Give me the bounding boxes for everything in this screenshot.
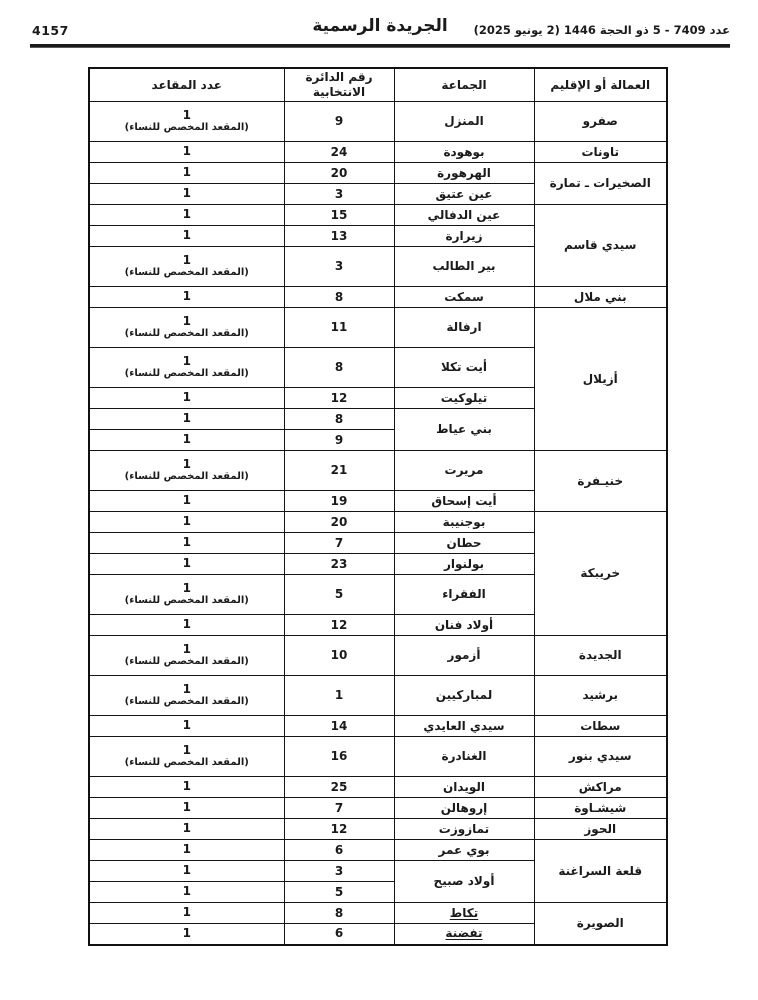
district-number-cell: 20 — [284, 512, 394, 533]
seats-value: 1 — [93, 864, 281, 877]
table-row: قلعة السراغنةبوي عمر61 — [89, 840, 667, 861]
table-row: الصويرةتكاط81 — [89, 903, 667, 924]
commune-cell: زيرارة — [394, 226, 534, 247]
seats-cell: 1 — [89, 819, 284, 840]
commune-cell: الهرهورة — [394, 163, 534, 184]
women-seat-note: (المقعد المخصص للنساء) — [93, 595, 281, 607]
seats-cell: 1 — [89, 903, 284, 924]
seats-value: 1 — [93, 643, 281, 656]
seats-value: 1 — [93, 618, 281, 631]
table-row: برشيدلمباركيين11(المقعد المخصص للنساء) — [89, 676, 667, 716]
seats-cell: 1 — [89, 840, 284, 861]
seats-cell: 1(المقعد المخصص للنساء) — [89, 737, 284, 777]
province-cell: بني ملال — [534, 287, 667, 308]
seats-value: 1 — [93, 109, 281, 122]
district-number-cell: 9 — [284, 430, 394, 451]
commune-cell: أيت تكلا — [394, 348, 534, 388]
province-cell: الجديدة — [534, 636, 667, 676]
district-number-cell: 16 — [284, 737, 394, 777]
district-number-cell: 24 — [284, 142, 394, 163]
district-number-cell: 6 — [284, 840, 394, 861]
table-row: خنيـفرةمريرت211(المقعد المخصص للنساء) — [89, 451, 667, 491]
women-seat-note: (المقعد المخصص للنساء) — [93, 757, 281, 769]
district-number-cell: 14 — [284, 716, 394, 737]
seats-value: 1 — [93, 582, 281, 595]
seats-value: 1 — [93, 355, 281, 368]
seats-cell: 1 — [89, 554, 284, 575]
table-row: سطاتسيدي العايدي141 — [89, 716, 667, 737]
commune-cell: بني عياط — [394, 409, 534, 451]
province-cell: أزيلال — [534, 308, 667, 451]
commune-cell: تفضنة — [394, 924, 534, 945]
seats-cell: 1 — [89, 615, 284, 636]
commune-cell: عين عتيق — [394, 184, 534, 205]
seats-cell: 1 — [89, 798, 284, 819]
seats-value: 1 — [93, 801, 281, 814]
seats-value: 1 — [93, 315, 281, 328]
seats-value: 1 — [93, 843, 281, 856]
commune-cell: سيدي العايدي — [394, 716, 534, 737]
seats-cell: 1 — [89, 163, 284, 184]
province-cell: خريبكة — [534, 512, 667, 636]
table-row: مراكشالويدان251 — [89, 777, 667, 798]
district-number-cell: 6 — [284, 924, 394, 945]
seats-cell: 1 — [89, 491, 284, 512]
table-row: صفروالمنزل91(المقعد المخصص للنساء) — [89, 102, 667, 142]
seats-cell: 1 — [89, 924, 284, 945]
col-header-commune: الجماعة — [394, 68, 534, 102]
header-rule — [30, 44, 730, 48]
seats-value: 1 — [93, 515, 281, 528]
col-header-seats: عدد المقاعد — [89, 68, 284, 102]
district-number-cell: 21 — [284, 451, 394, 491]
table-row: الحوزتمازوزت121 — [89, 819, 667, 840]
seats-cell: 1 — [89, 388, 284, 409]
seats-cell: 1 — [89, 716, 284, 737]
district-number-cell: 12 — [284, 615, 394, 636]
table-header-row: العمالة أو الإقليم الجماعة رقم الدائرة ا… — [89, 68, 667, 102]
seats-cell: 1 — [89, 861, 284, 882]
district-number-cell: 3 — [284, 247, 394, 287]
seats-value: 1 — [93, 187, 281, 200]
commune-cell: بوجنيبة — [394, 512, 534, 533]
seats-value: 1 — [93, 683, 281, 696]
province-cell: خنيـفرة — [534, 451, 667, 512]
province-cell: الصويرة — [534, 903, 667, 945]
seats-value: 1 — [93, 780, 281, 793]
seats-value: 1 — [93, 208, 281, 221]
commune-cell: الويدان — [394, 777, 534, 798]
province-cell: الصخيرات ـ تمارة — [534, 163, 667, 205]
women-seat-note: (المقعد المخصص للنساء) — [93, 696, 281, 708]
seats-cell: 1 — [89, 142, 284, 163]
seats-cell: 1 — [89, 287, 284, 308]
commune-cell: أيت إسحاق — [394, 491, 534, 512]
table-row: الصخيرات ـ تمارةالهرهورة201 — [89, 163, 667, 184]
women-seat-note: (المقعد المخصص للنساء) — [93, 122, 281, 134]
table-row: الجديدةأزمور101(المقعد المخصص للنساء) — [89, 636, 667, 676]
women-seat-note: (المقعد المخصص للنساء) — [93, 328, 281, 340]
commune-cell: الفقراء — [394, 575, 534, 615]
district-number-cell: 8 — [284, 409, 394, 430]
seats-value: 1 — [93, 557, 281, 570]
seats-value: 1 — [93, 536, 281, 549]
district-number-cell: 10 — [284, 636, 394, 676]
commune-cell: بير الطالب — [394, 247, 534, 287]
seats-value: 1 — [93, 458, 281, 471]
district-number-cell: 7 — [284, 533, 394, 554]
electoral-districts-table: العمالة أو الإقليم الجماعة رقم الدائرة ا… — [88, 67, 668, 946]
seats-value: 1 — [93, 744, 281, 757]
seats-cell: 1(المقعد المخصص للنساء) — [89, 451, 284, 491]
seats-value: 1 — [93, 433, 281, 446]
seats-cell: 1(المقعد المخصص للنساء) — [89, 636, 284, 676]
commune-cell: عين الدفالي — [394, 205, 534, 226]
district-number-cell: 8 — [284, 903, 394, 924]
province-cell: سيدي بنور — [534, 737, 667, 777]
commune-cell: تيلوكيت — [394, 388, 534, 409]
province-cell: برشيد — [534, 676, 667, 716]
seats-cell: 1 — [89, 512, 284, 533]
women-seat-note: (المقعد المخصص للنساء) — [93, 267, 281, 279]
commune-cell: بوهودة — [394, 142, 534, 163]
district-number-cell: 20 — [284, 163, 394, 184]
province-cell: تاونات — [534, 142, 667, 163]
seats-value: 1 — [93, 822, 281, 835]
commune-cell: أولاد فنان — [394, 615, 534, 636]
district-number-cell: 11 — [284, 308, 394, 348]
table-row: شيشـاوةإروهالن71 — [89, 798, 667, 819]
seats-value: 1 — [93, 927, 281, 940]
table-row: تاوناتبوهودة241 — [89, 142, 667, 163]
table-row: سيدي بنورالغنادرة161(المقعد المخصص للنسا… — [89, 737, 667, 777]
province-cell: شيشـاوة — [534, 798, 667, 819]
seats-value: 1 — [93, 229, 281, 242]
district-number-cell: 9 — [284, 102, 394, 142]
seats-value: 1 — [93, 391, 281, 404]
district-number-cell: 25 — [284, 777, 394, 798]
women-seat-note: (المقعد المخصص للنساء) — [93, 656, 281, 668]
seats-value: 1 — [93, 906, 281, 919]
seats-value: 1 — [93, 254, 281, 267]
district-number-cell: 3 — [284, 861, 394, 882]
table-row: أزيلالارفالة111(المقعد المخصص للنساء) — [89, 308, 667, 348]
commune-cell: تمازوزت — [394, 819, 534, 840]
table-row: سيدي قاسمعين الدفالي151 — [89, 205, 667, 226]
province-cell: سطات — [534, 716, 667, 737]
district-number-cell: 5 — [284, 882, 394, 903]
seats-cell: 1(المقعد المخصص للنساء) — [89, 102, 284, 142]
district-number-cell: 13 — [284, 226, 394, 247]
commune-cell: بوي عمر — [394, 840, 534, 861]
commune-cell: مريرت — [394, 451, 534, 491]
col-header-district: رقم الدائرة الانتخابية — [284, 68, 394, 102]
commune-cell: لمباركيين — [394, 676, 534, 716]
district-number-cell: 7 — [284, 798, 394, 819]
commune-cell: إروهالن — [394, 798, 534, 819]
seats-value: 1 — [93, 145, 281, 158]
seats-cell: 1(المقعد المخصص للنساء) — [89, 247, 284, 287]
province-cell: قلعة السراغنة — [534, 840, 667, 903]
commune-cell: بولنوار — [394, 554, 534, 575]
province-cell: سيدي قاسم — [534, 205, 667, 287]
district-number-cell: 8 — [284, 287, 394, 308]
table-row: خريبكةبوجنيبة201 — [89, 512, 667, 533]
seats-cell: 1(المقعد المخصص للنساء) — [89, 575, 284, 615]
seats-cell: 1 — [89, 205, 284, 226]
district-number-cell: 23 — [284, 554, 394, 575]
district-number-cell: 3 — [284, 184, 394, 205]
commune-cell: حطان — [394, 533, 534, 554]
commune-cell: أزمور — [394, 636, 534, 676]
women-seat-note: (المقعد المخصص للنساء) — [93, 368, 281, 380]
province-cell: مراكش — [534, 777, 667, 798]
district-number-cell: 5 — [284, 575, 394, 615]
commune-cell: ارفالة — [394, 308, 534, 348]
seats-value: 1 — [93, 719, 281, 732]
seats-cell: 1(المقعد المخصص للنساء) — [89, 348, 284, 388]
seats-cell: 1 — [89, 226, 284, 247]
district-number-cell: 19 — [284, 491, 394, 512]
seats-value: 1 — [93, 290, 281, 303]
seats-value: 1 — [93, 494, 281, 507]
seats-cell: 1 — [89, 184, 284, 205]
col-header-province: العمالة أو الإقليم — [534, 68, 667, 102]
seats-cell: 1(المقعد المخصص للنساء) — [89, 308, 284, 348]
district-number-cell: 1 — [284, 676, 394, 716]
seats-value: 1 — [93, 166, 281, 179]
seats-value: 1 — [93, 412, 281, 425]
seats-value: 1 — [93, 885, 281, 898]
issue-info: عدد 7409 - 5 ذو الحجة 1446 (2 يونيو 2025… — [474, 23, 730, 37]
seats-cell: 1 — [89, 777, 284, 798]
commune-cell: سمكت — [394, 287, 534, 308]
district-number-cell: 12 — [284, 819, 394, 840]
gazette-page: { "page": { "page_number": "4157", "jour… — [0, 0, 758, 1000]
commune-cell: أولاد صبيح — [394, 861, 534, 903]
district-number-cell: 12 — [284, 388, 394, 409]
district-number-cell: 15 — [284, 205, 394, 226]
seats-cell: 1 — [89, 533, 284, 554]
district-number-cell: 8 — [284, 348, 394, 388]
commune-cell: المنزل — [394, 102, 534, 142]
table-row: بني ملالسمكت81 — [89, 287, 667, 308]
seats-cell: 1 — [89, 882, 284, 903]
page-header: 4157 الجريدة الرسمية عدد 7409 - 5 ذو الح… — [30, 14, 730, 42]
seats-cell: 1 — [89, 409, 284, 430]
commune-cell: الغنادرة — [394, 737, 534, 777]
province-cell: الحوز — [534, 819, 667, 840]
seats-cell: 1 — [89, 430, 284, 451]
women-seat-note: (المقعد المخصص للنساء) — [93, 471, 281, 483]
commune-cell: تكاط — [394, 903, 534, 924]
province-cell: صفرو — [534, 102, 667, 142]
seats-cell: 1(المقعد المخصص للنساء) — [89, 676, 284, 716]
